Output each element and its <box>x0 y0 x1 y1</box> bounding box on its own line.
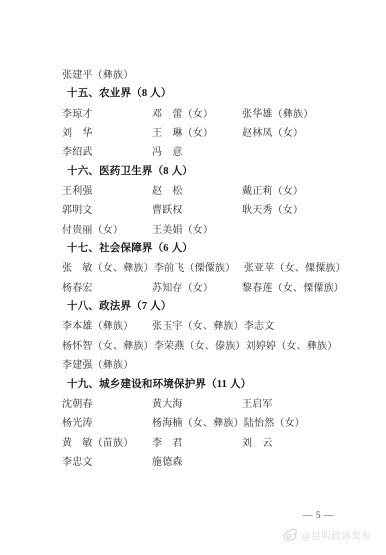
member-name: 王 琳（女） <box>152 124 242 139</box>
member-name: 施德森 <box>152 453 242 468</box>
member-row: 刘 华王 琳（女）赵林凤（女） <box>62 124 376 143</box>
member-name: 刘 云 <box>242 434 273 449</box>
member-name: 付贵丽（女） <box>62 221 152 236</box>
member-name: 冯 意 <box>152 143 242 158</box>
member-name: 黎春莲（女、傈僳族） <box>242 279 344 294</box>
member-name: 陆怡然（女） <box>244 414 305 429</box>
member-row: 张 敏（女、彝族）李前飞（傈僳族）张亚苹（女、傈僳族） <box>62 259 376 278</box>
page-number: — 5 — <box>303 511 334 521</box>
member-row: 杨春宏苏知存（女）黎春莲（女、傈僳族） <box>62 279 376 298</box>
member-row: 李建强（彝族） <box>62 356 376 375</box>
section-header: 十六、医药卫生界（8 人） <box>67 163 376 182</box>
member-name: 刘 华 <box>62 124 152 139</box>
member-name: 曹跃权 <box>152 201 242 216</box>
member-row: 张建平（彝族） <box>62 66 376 85</box>
member-row: 杨光涛杨海楠（女、彝族）陆怡然（女） <box>62 414 376 433</box>
member-name: 李荣燕（女、傣族） <box>154 337 246 352</box>
member-name: 李忠文 <box>62 453 152 468</box>
member-list: 张建平（彝族）十五、农业界（8 人）李琼才邓 蕾（女）张华雄（彝族）刘 华王 琳… <box>62 66 376 472</box>
member-row: 黄 敏（苗族）李 君刘 云 <box>62 434 376 453</box>
member-name: 戴正莉（女） <box>242 182 303 197</box>
member-name: 李绍武 <box>62 143 152 158</box>
member-name: 黄大海 <box>152 395 242 410</box>
member-name: 张亚苹（女、傈僳族） <box>244 259 346 274</box>
member-name: 王美娟（女） <box>152 221 242 236</box>
member-name: 邓 蕾（女） <box>152 105 242 120</box>
member-name: 李本雄（彝族） <box>62 317 152 332</box>
member-row: 李忠文施德森 <box>62 453 376 472</box>
member-name: 张玉宇（女、彝族） <box>152 317 244 332</box>
member-name: 杨怀智（女、彝族） <box>62 337 154 352</box>
member-row: 李琼才邓 蕾（女）张华雄（彝族） <box>62 105 376 124</box>
member-name: 郭明文 <box>62 201 152 216</box>
member-name: 黄 敏（苗族） <box>62 434 152 449</box>
member-row: 杨怀智（女、彝族）李荣燕（女、傣族）刘婷婷（女、彝族） <box>62 337 376 356</box>
member-row: 李绍武冯 意 <box>62 143 376 162</box>
member-name: 李 君 <box>152 434 242 449</box>
member-row: 付贵丽（女）王美娟（女） <box>62 221 376 240</box>
member-name: 王启军 <box>242 395 273 410</box>
member-name: 张建平（彝族） <box>62 66 152 81</box>
member-row: 王利强赵 松戴正莉（女） <box>62 182 376 201</box>
section-header: 十九、城乡建设和环境保护界（11 人） <box>67 376 376 395</box>
member-name: 耿天秀（女） <box>242 201 303 216</box>
watermark: @昆明政协发布 <box>282 528 371 542</box>
member-name: 李前飞（傈僳族） <box>154 259 244 274</box>
member-name: 张 敏（女、彝族） <box>62 259 154 274</box>
member-name: 李志文 <box>244 317 275 332</box>
section-header: 十七、社会保障界（6 人） <box>67 240 376 259</box>
member-name: 李琼才 <box>62 105 152 120</box>
member-row: 沈朝春黄大海王启军 <box>62 395 376 414</box>
member-name: 李建强（彝族） <box>62 356 152 371</box>
section-header: 十八、政法界（7 人） <box>67 298 376 317</box>
weibo-icon <box>282 528 299 542</box>
document-page: 张建平（彝族）十五、农业界（8 人）李琼才邓 蕾（女）张华雄（彝族）刘 华王 琳… <box>0 0 386 555</box>
member-name: 杨春宏 <box>62 279 152 294</box>
member-name: 杨光涛 <box>62 414 152 429</box>
section-header: 十五、农业界（8 人） <box>67 85 376 104</box>
member-name: 赵林凤（女） <box>242 124 303 139</box>
watermark-text: @昆明政协发布 <box>302 528 371 542</box>
member-row: 李本雄（彝族）张玉宇（女、彝族）李志文 <box>62 317 376 336</box>
member-name: 苏知存（女） <box>152 279 242 294</box>
member-name: 杨海楠（女、彝族） <box>152 414 244 429</box>
member-name: 张华雄（彝族） <box>242 105 313 120</box>
member-name: 沈朝春 <box>62 395 152 410</box>
member-name: 刘婷婷（女、彝族） <box>246 337 338 352</box>
member-name: 赵 松 <box>152 182 242 197</box>
member-row: 郭明文曹跃权耿天秀（女） <box>62 201 376 220</box>
member-name: 王利强 <box>62 182 152 197</box>
